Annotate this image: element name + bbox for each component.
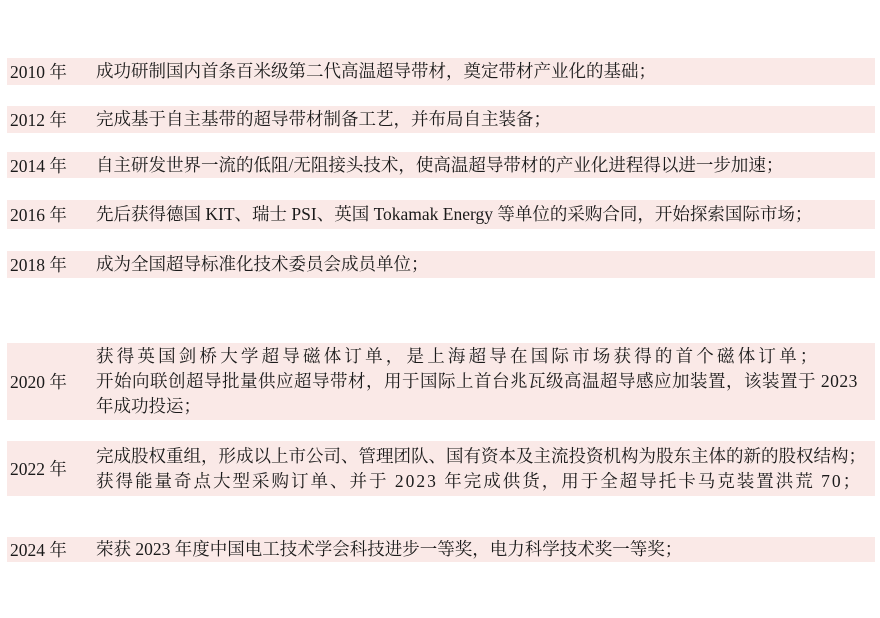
milestone-content: 获得英国剑桥大学超导磁体订单，是上海超导在国际市场获得的首个磁体订单； 开始向联… <box>96 344 875 419</box>
milestone-text: 开始向联创超导批量供应超导带材，用于国际上首台兆瓦级高温超导感应加装置，该装置于… <box>96 369 871 394</box>
milestone-text: 获得能量奇点大型采购订单、并于 2023 年完成供货，用于全超导托卡马克装置洪荒… <box>96 469 871 494</box>
timeline-row-2022: 2022 年 完成股权重组，形成以上市公司、管理团队、国有资本及主流投资机构为股… <box>7 441 875 496</box>
year-label: 2010 年 <box>7 59 96 84</box>
year-label: 2020 年 <box>7 369 96 394</box>
milestone-content: 完成基于自主基带的超导带材制备工艺，并布局自主装备； <box>96 107 875 132</box>
milestone-text: 成功研制国内首条百米级第二代高温超导带材，奠定带材产业化的基础； <box>96 59 871 84</box>
milestone-text: 完成股权重组，形成以上市公司、管理团队、国有资本及主流投资机构为股东主体的新的股… <box>96 444 871 469</box>
milestone-timeline-page: 2010 年 成功研制国内首条百米级第二代高温超导带材，奠定带材产业化的基础； … <box>0 0 880 618</box>
timeline-row-2010: 2010 年 成功研制国内首条百米级第二代高温超导带材，奠定带材产业化的基础； <box>7 58 875 85</box>
milestone-text: 成为全国超导标准化技术委员会成员单位； <box>96 252 871 277</box>
milestone-text: 先后获得德国 KIT、瑞士 PSI、英国 Tokamak Energy 等单位的… <box>96 202 871 227</box>
year-label: 2024 年 <box>7 537 96 562</box>
milestone-text: 自主研发世界一流的低阻/无阻接头技术，使高温超导带材的产业化进程得以进一步加速； <box>96 153 871 178</box>
milestone-text: 获得英国剑桥大学超导磁体订单，是上海超导在国际市场获得的首个磁体订单； <box>96 344 871 369</box>
year-label: 2014 年 <box>7 153 96 178</box>
milestone-content: 成功研制国内首条百米级第二代高温超导带材，奠定带材产业化的基础； <box>96 59 875 84</box>
timeline-row-2016: 2016 年 先后获得德国 KIT、瑞士 PSI、英国 Tokamak Ener… <box>7 200 875 229</box>
year-label: 2022 年 <box>7 456 96 481</box>
milestone-content: 自主研发世界一流的低阻/无阻接头技术，使高温超导带材的产业化进程得以进一步加速； <box>96 153 875 178</box>
timeline-row-2012: 2012 年 完成基于自主基带的超导带材制备工艺，并布局自主装备； <box>7 106 875 133</box>
year-label: 2016 年 <box>7 202 96 227</box>
milestone-content: 成为全国超导标准化技术委员会成员单位； <box>96 252 875 277</box>
milestone-content: 荣获 2023 年度中国电工技术学会科技进步一等奖，电力科学技术奖一等奖； <box>96 537 875 562</box>
year-label: 2018 年 <box>7 252 96 277</box>
timeline-row-2024: 2024 年 荣获 2023 年度中国电工技术学会科技进步一等奖，电力科学技术奖… <box>7 537 875 562</box>
timeline-row-2018: 2018 年 成为全国超导标准化技术委员会成员单位； <box>7 251 875 278</box>
milestone-content: 先后获得德国 KIT、瑞士 PSI、英国 Tokamak Energy 等单位的… <box>96 202 875 227</box>
year-label: 2012 年 <box>7 107 96 132</box>
milestone-text: 年成功投运； <box>96 394 871 419</box>
milestone-text: 完成基于自主基带的超导带材制备工艺，并布局自主装备； <box>96 107 871 132</box>
milestone-text: 荣获 2023 年度中国电工技术学会科技进步一等奖，电力科学技术奖一等奖； <box>96 537 871 562</box>
timeline-row-2014: 2014 年 自主研发世界一流的低阻/无阻接头技术，使高温超导带材的产业化进程得… <box>7 152 875 178</box>
timeline-row-2020: 2020 年 获得英国剑桥大学超导磁体订单，是上海超导在国际市场获得的首个磁体订… <box>7 343 875 420</box>
milestone-content: 完成股权重组，形成以上市公司、管理团队、国有资本及主流投资机构为股东主体的新的股… <box>96 444 875 494</box>
